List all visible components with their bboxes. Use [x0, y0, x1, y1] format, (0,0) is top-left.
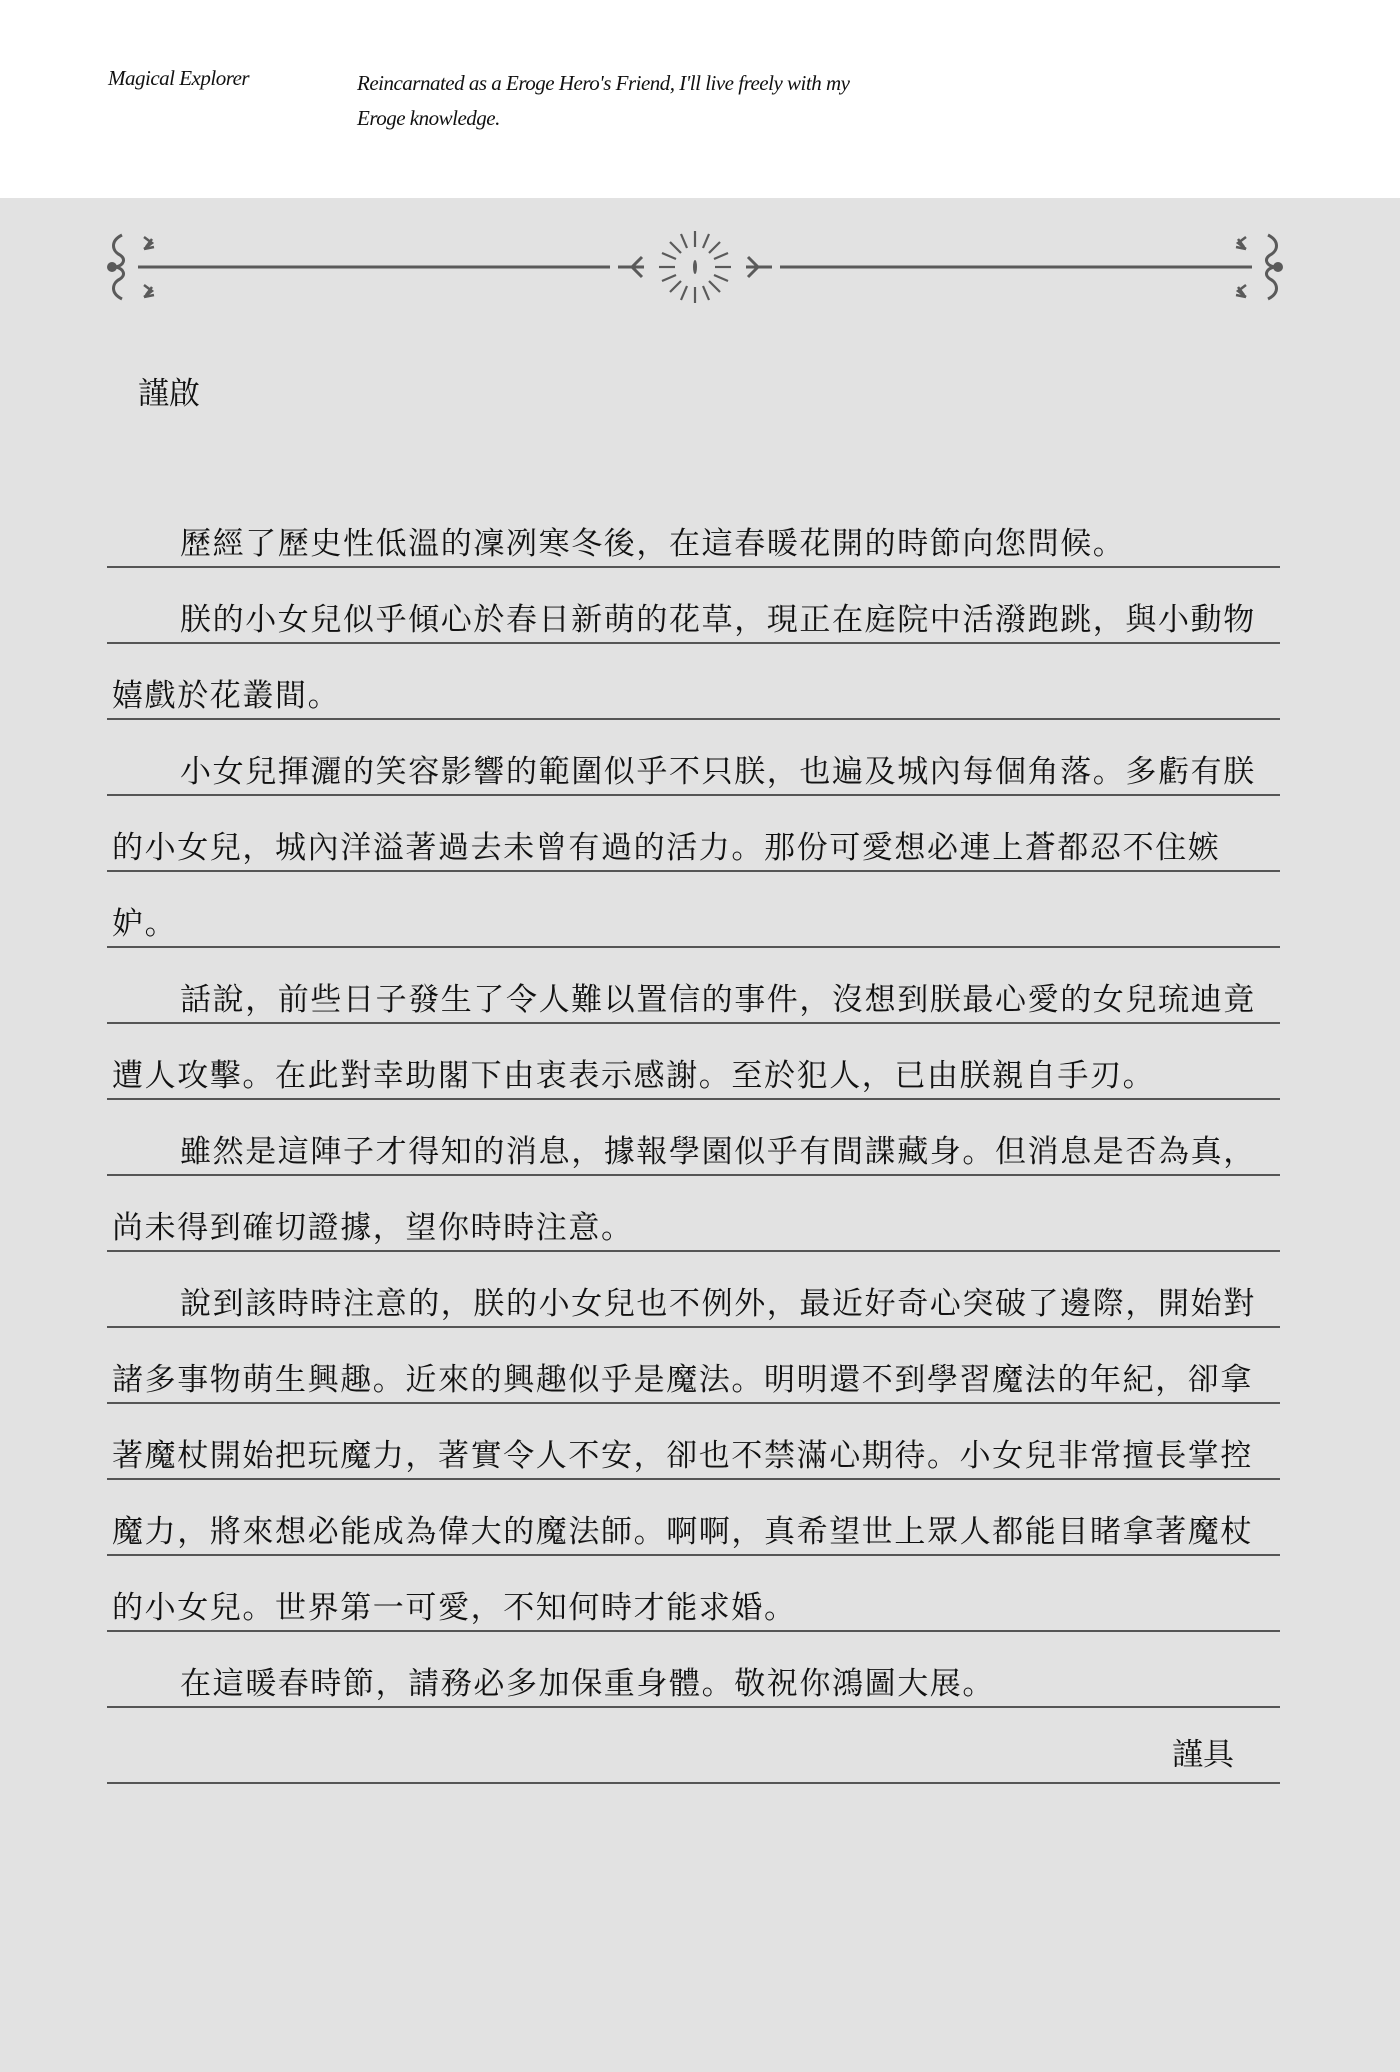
letter-line: 的小女兒。世界第一可愛，不知何時才能求婚。 [112, 1588, 1280, 1628]
ruled-line [107, 794, 1280, 796]
letter-line: 的小女兒，城內洋溢著過去未曾有過的活力。那份可愛想必連上蒼都忍不住嫉 [112, 828, 1280, 868]
ruled-line [107, 946, 1280, 948]
letter-line: 尚未得到確切證據，望你時時注意。 [112, 1208, 1280, 1248]
ruled-line [107, 1174, 1280, 1176]
subtitle-line-2: Eroge knowledge. [357, 101, 937, 136]
closing-signoff: 謹具 [1172, 1735, 1234, 1775]
letter-line: 魔力，將來想必能成為偉大的魔法師。啊啊，真希望世上眾人都能目睹拿著魔杖 [112, 1512, 1280, 1552]
letter-line: 在這暖春時節，請務必多加保重身體。敬祝你鴻圖大展。 [112, 1664, 1280, 1704]
letter-line: 小女兒揮灑的笑容影響的範圍似乎不只朕，也遍及城內每個角落。多虧有朕 [112, 752, 1280, 792]
letter-line: 歷經了歷史性低溫的凜冽寒冬後，在這春暖花開的時節向您問候。 [112, 524, 1280, 564]
salutation: 謹啟 [138, 368, 200, 413]
letter-line: 話說，前些日子發生了令人難以置信的事件，沒想到朕最心愛的女兒琉迪竟 [112, 980, 1280, 1020]
ruled-line [107, 1098, 1280, 1100]
ruled-line [107, 1022, 1280, 1024]
ruled-line [107, 1478, 1280, 1480]
ruled-line [107, 1706, 1280, 1708]
series-title: Magical Explorer [108, 66, 249, 91]
letter-line: 妒。 [112, 904, 1280, 944]
letter-line: 著魔杖開始把玩魔力，著實令人不安，卻也不禁滿心期待。小女兒非常擅長掌控 [112, 1436, 1280, 1476]
subtitle-line-1: Reincarnated as a Eroge Hero's Friend, I… [357, 66, 937, 101]
letter-line: 雖然是這陣子才得知的消息，據報學園似乎有間諜藏身。但消息是否為真， [112, 1132, 1280, 1172]
letter-line: 說到該時時注意的，朕的小女兒也不例外，最近好奇心突破了邊際，開始對 [112, 1284, 1280, 1324]
ruled-line [107, 1782, 1280, 1784]
ruled-line [107, 1554, 1280, 1556]
ruled-line [107, 1250, 1280, 1252]
ruled-line [107, 566, 1280, 568]
ruled-line [107, 718, 1280, 720]
letter-line: 嬉戲於花叢間。 [112, 676, 1280, 716]
page-header: Magical Explorer Reincarnated as a Eroge… [0, 0, 1400, 198]
ruled-line [107, 1326, 1280, 1328]
ruled-line [107, 870, 1280, 872]
ruled-line [107, 1402, 1280, 1404]
letter-line: 諸多事物萌生興趣。近來的興趣似乎是魔法。明明還不到學習魔法的年紀，卻拿 [112, 1360, 1280, 1400]
letter-line: 朕的小女兒似乎傾心於春日新萌的花草，現正在庭院中活潑跑跳，與小動物 [112, 600, 1280, 640]
book-subtitle: Reincarnated as a Eroge Hero's Friend, I… [357, 66, 937, 136]
letter-line: 遭人攻擊。在此對幸助閣下由衷表示感謝。至於犯人，已由朕親自手刃。 [112, 1056, 1280, 1096]
ornamental-divider-icon [100, 225, 1290, 310]
ruled-line [107, 1630, 1280, 1632]
ruled-line [107, 642, 1280, 644]
